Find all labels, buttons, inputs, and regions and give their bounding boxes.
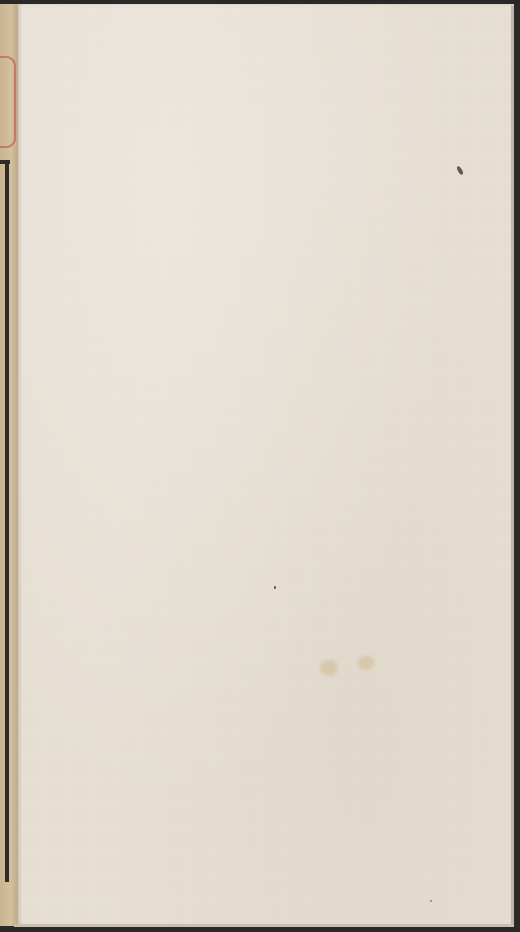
page-bottom-edge — [14, 924, 514, 927]
speck — [274, 586, 276, 589]
speck — [430, 900, 432, 902]
foxing-stain — [358, 656, 374, 670]
blank-page — [18, 4, 514, 926]
red-seal-stamp — [0, 56, 16, 148]
scan-background — [0, 0, 520, 932]
frame-line-vertical — [5, 162, 9, 882]
foxing-stain — [320, 660, 338, 676]
page-right-edge — [511, 6, 514, 924]
adjacent-leaf-edge — [0, 4, 19, 926]
speck — [456, 166, 464, 176]
